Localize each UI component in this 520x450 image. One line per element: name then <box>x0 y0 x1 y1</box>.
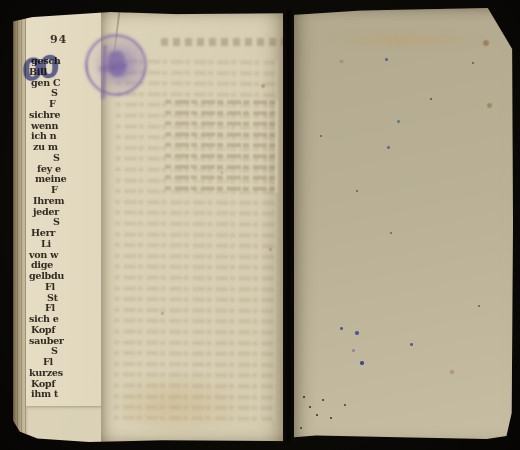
book-photograph: 94 geschBillgen CSFsichrewennich nzu mSf… <box>0 0 520 450</box>
text-fragment: sichre <box>29 111 103 122</box>
text-fragment: S <box>51 89 103 100</box>
text-fragment: zu m <box>33 143 103 154</box>
paper-stain <box>322 30 487 50</box>
ink-speck <box>355 331 359 335</box>
right-page-blank <box>294 8 513 439</box>
foxing-spot <box>161 312 164 315</box>
text-fragment: Ihrem <box>33 197 103 208</box>
ink-speck <box>410 343 413 346</box>
ink-speck <box>385 58 388 61</box>
gutter-shadow <box>283 10 295 442</box>
text-fragment: S <box>53 218 103 229</box>
foxing-spot <box>261 84 265 88</box>
text-fragment: ihm t <box>31 390 103 401</box>
text-fragment: S <box>53 154 103 165</box>
ink-speck <box>309 406 311 408</box>
foxing-spot <box>269 248 272 251</box>
ink-speck <box>340 327 343 330</box>
foxing-spot <box>487 103 492 108</box>
blue-ink-mark: 00 <box>22 49 57 90</box>
ink-speck <box>478 305 480 307</box>
ink-speck <box>356 190 358 192</box>
ghost-bleedthrough-strong <box>165 100 278 193</box>
ink-speck <box>320 135 322 137</box>
ink-speck <box>352 349 355 352</box>
text-fragment: S <box>51 347 103 358</box>
left-page: 94 geschBillgen CSFsichrewennich nzu mSf… <box>13 12 284 442</box>
paper-stain <box>117 370 247 434</box>
text-fragment: kurzes <box>29 369 103 380</box>
text-fragment: Fl <box>45 283 103 294</box>
ink-speck <box>344 404 346 406</box>
ink-speck <box>330 417 332 419</box>
ink-speck <box>300 427 302 429</box>
foxing-spot <box>221 172 223 174</box>
text-fragment: jeder <box>33 208 103 219</box>
text-fragment: meine <box>35 175 103 186</box>
text-fragment: St <box>47 294 103 305</box>
ghost-running-head <box>161 38 286 46</box>
text-fragment: sauber <box>29 337 103 348</box>
text-fragment: gelbdu <box>29 272 103 283</box>
ink-speck <box>390 232 392 234</box>
ink-speck <box>360 361 364 365</box>
foxing-spot <box>340 60 343 63</box>
ink-speck <box>322 399 324 401</box>
ink-speck <box>387 146 390 149</box>
page-number: 94 <box>50 33 67 46</box>
text-fragment: Kopf <box>31 326 103 337</box>
foxing-spot <box>483 40 489 46</box>
ink-speck <box>430 98 432 100</box>
ink-speck <box>316 414 318 416</box>
fragment-column: geschBillgen CSFsichrewennich nzu mSfey … <box>29 57 103 401</box>
ink-speck <box>472 62 474 64</box>
text-fragment: Li <box>41 240 103 251</box>
foxing-spot <box>450 370 454 374</box>
ink-speck <box>397 120 400 123</box>
ink-speck <box>303 396 305 398</box>
